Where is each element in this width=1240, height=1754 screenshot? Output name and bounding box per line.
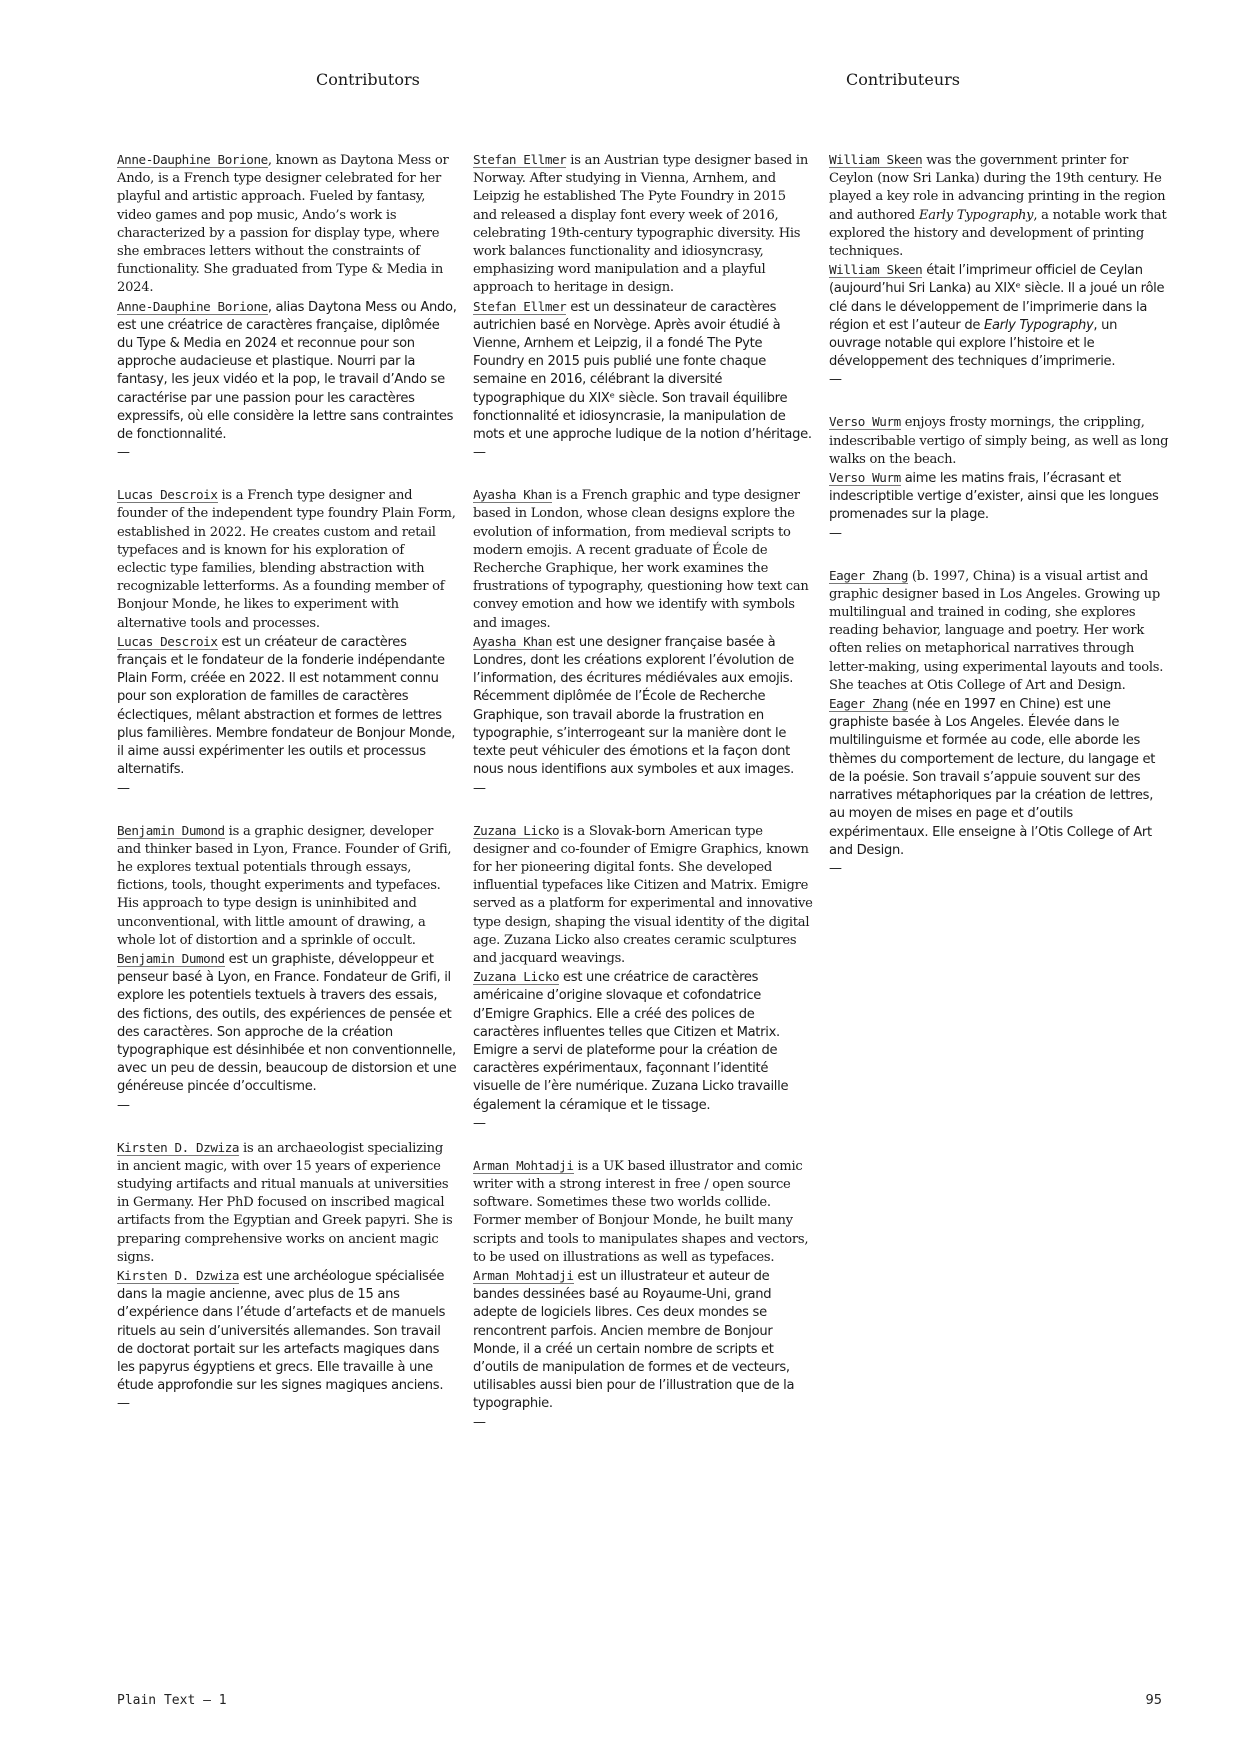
bio-fr: Arman Mohtadji est un illustrateur et au… (473, 1267, 813, 1414)
bio-en: Kirsten D. Dzwiza is an archaeologist sp… (117, 1139, 457, 1267)
bio-en: Eager Zhang (b. 1997, China) is a visual… (829, 567, 1169, 695)
contributor-name: Ayasha Khan (473, 634, 552, 650)
separator-dash: — (829, 371, 1169, 389)
contributor-name: Lucas Descroix (117, 487, 218, 503)
separator-dash: — (473, 780, 813, 798)
contributor-entry: Eager Zhang (b. 1997, China) is a visual… (829, 567, 1169, 878)
separator-dash: — (473, 1414, 813, 1432)
separator-dash: — (829, 525, 1169, 543)
contributor-name: William Skeen (829, 262, 922, 278)
contributor-name: William Skeen (829, 152, 922, 168)
contributor-name: Kirsten D. Dzwiza (117, 1268, 239, 1284)
contributor-name: Anne-Dauphine Borione (117, 299, 268, 315)
bio-en: Ayasha Khan is a French graphic and type… (473, 486, 813, 633)
column-3: William Skeen was the government printer… (829, 151, 1169, 902)
contributor-name: Verso Wurm (829, 470, 901, 486)
contributor-entry: Zuzana Licko is a Slovak-born American t… (473, 822, 813, 1133)
separator-dash: — (117, 444, 457, 462)
separator-dash: — (829, 860, 1169, 878)
contributor-name: Eager Zhang (829, 696, 908, 712)
contributor-name: Ayasha Khan (473, 487, 552, 503)
contributor-name: Zuzana Licko (473, 823, 559, 839)
heading-contributors-fr: Contributeurs (846, 70, 960, 89)
contributor-entry: Stefan Ellmer is an Austrian type design… (473, 151, 813, 462)
separator-dash: — (473, 444, 813, 462)
bio-fr: Zuzana Licko est une créatrice de caract… (473, 968, 813, 1115)
bio-fr: Benjamin Dumond est un graphiste, dévelo… (117, 950, 457, 1097)
contributor-name: Anne-Dauphine Borione (117, 152, 268, 168)
column-2: Stefan Ellmer is an Austrian type design… (473, 151, 813, 1456)
contributor-name: Benjamin Dumond (117, 823, 225, 839)
bio-en: Arman Mohtadji is a UK based illustrator… (473, 1157, 813, 1267)
bio-en: Stefan Ellmer is an Austrian type design… (473, 151, 813, 298)
bio-fr: Eager Zhang (née en 1997 en Chine) est u… (829, 695, 1169, 860)
contributor-name: Verso Wurm (829, 414, 901, 430)
page-number: 95 (1145, 1693, 1162, 1708)
contributor-entry: William Skeen was the government printer… (829, 151, 1169, 389)
separator-dash: — (473, 1115, 813, 1133)
bio-fr: Stefan Ellmer est un dessinateur de cara… (473, 298, 813, 445)
separator-dash: — (117, 1097, 457, 1115)
contributor-name: Stefan Ellmer (473, 299, 566, 315)
heading-contributors-en: Contributors (316, 70, 420, 89)
contributor-name: Arman Mohtadji (473, 1158, 574, 1174)
bio-fr: Verso Wurm aime les matins frais, l’écra… (829, 469, 1169, 525)
contributor-name: Lucas Descroix (117, 634, 218, 650)
bio-en: Benjamin Dumond is a graphic designer, d… (117, 822, 457, 950)
contributor-name: Stefan Ellmer (473, 152, 566, 168)
bio-en: Zuzana Licko is a Slovak-born American t… (473, 822, 813, 969)
contributor-name: Benjamin Dumond (117, 951, 225, 967)
contributor-entry: Benjamin Dumond is a graphic designer, d… (117, 822, 457, 1115)
contributor-entry: Lucas Descroix is a French type designer… (117, 486, 457, 797)
contributor-entry: Arman Mohtadji is a UK based illustrator… (473, 1157, 813, 1432)
contributor-entry: Verso Wurm enjoys frosty mornings, the c… (829, 413, 1169, 542)
bio-en: Anne-Dauphine Borione, known as Daytona … (117, 151, 457, 298)
book-title: Early Typography (919, 208, 1033, 223)
contributor-name: Arman Mohtadji (473, 1268, 574, 1284)
footer-publication-title: Plain Text – 1 (117, 1693, 227, 1708)
contributor-entry: Kirsten D. Dzwiza is an archaeologist sp… (117, 1139, 457, 1414)
separator-dash: — (117, 1395, 457, 1413)
contributor-name: Eager Zhang (829, 568, 908, 584)
bio-fr: Kirsten D. Dzwiza est une archéologue sp… (117, 1267, 457, 1395)
bio-fr: Lucas Descroix est un créateur de caract… (117, 633, 457, 780)
contributor-name: Kirsten D. Dzwiza (117, 1140, 239, 1156)
bio-en: Verso Wurm enjoys frosty mornings, the c… (829, 413, 1169, 469)
contributor-entry: Anne-Dauphine Borione, known as Daytona … (117, 151, 457, 462)
contributor-entry: Ayasha Khan is a French graphic and type… (473, 486, 813, 797)
contributor-name: Zuzana Licko (473, 969, 559, 985)
bio-fr: Ayasha Khan est une designer française b… (473, 633, 813, 780)
bio-en: William Skeen was the government printer… (829, 151, 1169, 261)
book-title: Early Typography (984, 318, 1093, 333)
bio-en: Lucas Descroix is a French type designer… (117, 486, 457, 633)
bio-fr: William Skeen était l’imprimeur officiel… (829, 261, 1169, 371)
bio-fr: Anne-Dauphine Borione, alias Daytona Mes… (117, 298, 457, 445)
separator-dash: — (117, 780, 457, 798)
column-1: Anne-Dauphine Borione, known as Daytona … (117, 151, 457, 1437)
